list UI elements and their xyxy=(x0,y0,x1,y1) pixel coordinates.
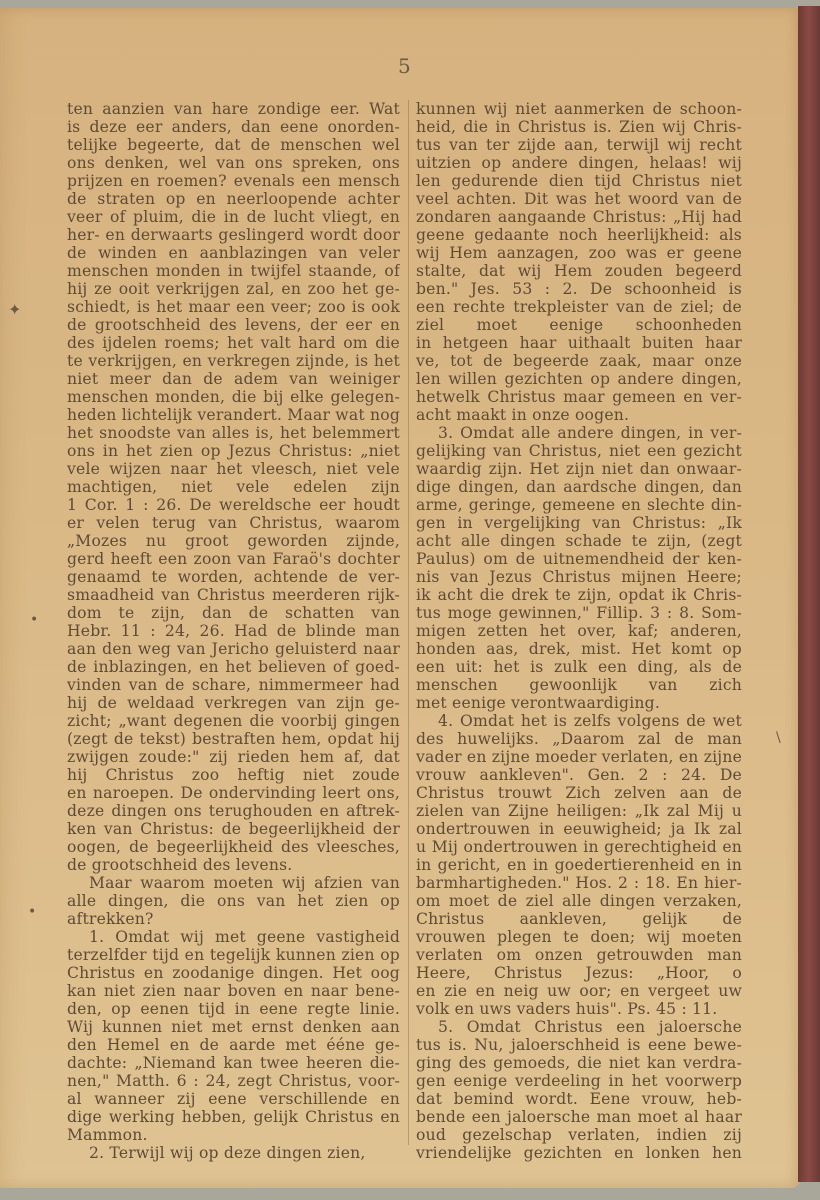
text-line: machtigen, niet vele edelen zijn geroepe… xyxy=(67,478,400,496)
text-line: dige dingen, dan aardsche dingen, dan xyxy=(416,478,742,496)
text-line: hij de weldaad verkregen van zijn ge- xyxy=(67,694,400,712)
text-line: zwijgen zoude:" zij rieden hem af, dat xyxy=(67,748,400,766)
text-line: de grootschheid des levens, der eer en xyxy=(67,316,400,334)
text-line: dige werking hebben, gelijk Christus en xyxy=(67,1108,400,1126)
text-line: veer of pluim, die in de lucht vliegt, e… xyxy=(67,208,400,226)
text-line: migen zetten het over, kaf; anderen, xyxy=(416,622,742,640)
text-line: Wij kunnen niet met ernst denken aan xyxy=(67,1018,400,1036)
text-line: de inblazingen, en het believen of goed- xyxy=(67,658,400,676)
text-line: met eenige verontwaardiging. xyxy=(416,694,742,712)
text-line: en naroepen. De ondervinding leert ons, … xyxy=(67,784,400,802)
text-line: ons in het zien op Jezus Christus: „niet xyxy=(67,442,400,460)
text-line: vader en zijne moeder verlaten, en zijne xyxy=(416,748,742,766)
left-text-column: ten aanzien van hare zondige eer. Watis … xyxy=(67,100,400,1162)
margin-dot-icon: • xyxy=(28,904,36,920)
text-line: zondaren aangaande Christus: „Hij had xyxy=(416,208,742,226)
text-line: al wanneer zij eene verschillende en str… xyxy=(67,1090,400,1108)
text-line: telijke begeerte, dat de menschen wel va… xyxy=(67,136,400,154)
text-line: heid, die in Christus is. Zien wij Chris… xyxy=(416,118,742,136)
text-line: 1. Omdat wij met geene vastigheid xyxy=(67,928,400,946)
text-line: gen in vergelijking van Christus: „Ik xyxy=(416,514,742,532)
text-line: ging des gemoeds, die niet kan verdra- xyxy=(416,1054,742,1072)
text-line: arme, geringe, gemeene en slechte din- xyxy=(416,496,742,514)
text-line: zicht; „want degenen die voorbij gingen xyxy=(67,712,400,730)
text-line: Maar waarom moeten wij afzien van xyxy=(67,874,400,892)
text-line: Heere, Christus Jezus: „Hoor, o dochter! xyxy=(416,964,742,982)
text-line: ve, tot de begeerde zaak, maar onze zie- xyxy=(416,352,742,370)
text-line: bende een jaloersche man moet al haar xyxy=(416,1108,742,1126)
text-line: Christus en zoodanige dingen. Het oog xyxy=(67,964,400,982)
text-line: 5. Omdat Christus een jaloersche Chris- xyxy=(416,1018,742,1036)
text-line: zielen van Zijne heiligen: „Ik zal Mij u xyxy=(416,802,742,820)
text-line: waardig zijn. Het zijn niet dan onwaar- xyxy=(416,460,742,478)
text-line: len willen gezichten op andere dingen, xyxy=(416,370,742,388)
text-line: de straten op en neerloopende achter een xyxy=(67,190,400,208)
text-line: en zie en neig uw oor; en vergeet uw xyxy=(416,982,742,1000)
text-line: vriendelijke gezichten en lonken hen xyxy=(416,1144,742,1162)
text-line: barmhartigheden." Hos. 2 : 18. En hier- xyxy=(416,874,742,892)
text-line: hij ze ooit verkrijgen zal, en zoo het g… xyxy=(67,280,400,298)
text-line: smaadheid van Christus meerderen rijk- xyxy=(67,586,400,604)
text-line: het snoodste van alles is, het belemmert xyxy=(67,424,400,442)
text-line: Paulus) om de uitnemendheid der ken- xyxy=(416,550,742,568)
text-line: nis van Jezus Christus mijnen Heere; xyxy=(416,568,742,586)
text-line: den Hemel en de aarde met ééne ge- xyxy=(67,1036,400,1054)
text-line: in gericht, en in goedertierenheid en in xyxy=(416,856,742,874)
text-line: genaamd te worden, achtende de ver- xyxy=(67,568,400,586)
text-line: terzelfder tijd en tegelijk kunnen zien … xyxy=(67,946,400,964)
book-page: 5 ten aanzien van hare zondige eer. Wati… xyxy=(0,8,800,1188)
column-divider xyxy=(408,100,409,1145)
text-line: is deze eer anders, dan eene onorden- xyxy=(67,118,400,136)
text-line: vrouw aankleven". Gen. 2 : 24. De Heere xyxy=(416,766,742,784)
text-line: tus moge gewinnen," Fillip. 3 : 8. Som- xyxy=(416,604,742,622)
text-line: nen," Matth. 6 : 24, zegt Christus, voor… xyxy=(67,1072,400,1090)
text-line: Christus aankleven, gelijk de getrouwde xyxy=(416,910,742,928)
book-spine-edge xyxy=(798,6,820,1182)
text-line: dom te zijn, dan de schatten van Egypte;… xyxy=(67,604,400,622)
text-line: des ijdelen roems; het valt hard om die xyxy=(67,334,400,352)
text-line: tus van ter zijde aan, terwijl wij recht xyxy=(416,136,742,154)
text-line: des huwelijks. „Daarom zal de man zijnen xyxy=(416,730,742,748)
text-line: te verkrijgen, en verkregen zijnde, is h… xyxy=(67,352,400,370)
text-line: ziel moet eenige schoonheden aanmerken xyxy=(416,316,742,334)
text-line: Mammon. xyxy=(67,1126,400,1144)
text-line: volk en uws vaders huis". Ps. 45 : 11. xyxy=(416,1000,742,1018)
text-line: ben." Jes. 53 : 2. De schoonheid is xyxy=(416,280,742,298)
text-line: om moet de ziel alle dingen verzaken, en xyxy=(416,892,742,910)
text-line: Hebr. 11 : 24, 26. Had de blinde man xyxy=(67,622,400,640)
text-line: tus is. Nu, jaloerschheid is eene bewe- xyxy=(416,1036,742,1054)
text-line: honden aas, drek, mist. Het komt op xyxy=(416,640,742,658)
text-line: vele wijzen naar het vleesch, niet vele xyxy=(67,460,400,478)
text-line: gerd heeft een zoon van Faraö's dochter xyxy=(67,550,400,568)
text-line: 1 Cor. 1 : 26. De wereldsche eer houdt xyxy=(67,496,400,514)
text-line: menschen monden in twijfel staande, of xyxy=(67,262,400,280)
text-line: veel achten. Dit was het woord van de xyxy=(416,190,742,208)
text-line: prijzen en roemen? evenals een mensch xyxy=(67,172,400,190)
text-line: ik acht die drek te zijn, opdat ik Chris… xyxy=(416,586,742,604)
text-line: acht alle dingen schade te zijn, (zegt xyxy=(416,532,742,550)
margin-mark-icon: ✦ xyxy=(8,300,21,319)
text-line: een rechte trekpleister van de ziel; de xyxy=(416,298,742,316)
text-line: ken van Christus: de begeerlijkheid der xyxy=(67,820,400,838)
text-line: len gedurende dien tijd Christus niet xyxy=(416,172,742,190)
text-line: heden lichtelijk verandert. Maar wat nog xyxy=(67,406,400,424)
text-line: niet meer dan de adem van weiniger xyxy=(67,370,400,388)
text-line: (zegt de tekst) bestraften hem, opdat hi… xyxy=(67,730,400,748)
text-line: uitzien op andere dingen, helaas! wij zu… xyxy=(416,154,742,172)
text-line: 3. Omdat alle andere dingen, in ver- xyxy=(416,424,742,442)
text-line: 2. Terwijl wij op deze dingen zien, xyxy=(67,1144,400,1162)
text-line: in hetgeen haar uithaalt buiten haar zel… xyxy=(416,334,742,352)
text-line: dachte: „Niemand kan twee heeren die- xyxy=(67,1054,400,1072)
text-line: gelijking van Christus, niet een gezicht xyxy=(416,442,742,460)
text-line: acht maakt in onze oogen. xyxy=(416,406,742,424)
text-line: dat bemind wordt. Eene vrouw, heb- xyxy=(416,1090,742,1108)
text-line: u Mij ondertrouwen in gerechtigheid en xyxy=(416,838,742,856)
text-line: 4. Omdat het is zelfs volgens de wet xyxy=(416,712,742,730)
text-line: gen eenige verdeeling in het voorwerp xyxy=(416,1072,742,1090)
text-line: hij Christus zoo heftig niet zoude naloo… xyxy=(67,766,400,784)
text-line: de grootschheid des levens. xyxy=(67,856,400,874)
text-line: kunnen wij niet aanmerken de schoon- xyxy=(416,100,742,118)
text-line: een uit: het is zulk een ding, als de xyxy=(416,658,742,676)
text-line: stalte, dat wij Hem zouden begeerd heb- xyxy=(416,262,742,280)
margin-dot-icon: • xyxy=(30,612,38,628)
text-line: aftrekken? xyxy=(67,910,400,928)
text-line: ons denken, wel van ons spreken, ons xyxy=(67,154,400,172)
text-line: er velen terug van Christus, waarom xyxy=(67,514,400,532)
text-line: verlaten om onzen getrouwden man den xyxy=(416,946,742,964)
text-line: ten aanzien van hare zondige eer. Wat xyxy=(67,100,400,118)
text-line: „Mozes nu groot geworden zijnde, gewei- xyxy=(67,532,400,550)
text-line: hetwelk Christus maar gemeen en ver- xyxy=(416,388,742,406)
text-line: schiedt, is het maar een veer; zoo is oo… xyxy=(67,298,400,316)
text-line: geene gedaante noch heerlijkheid: als xyxy=(416,226,742,244)
text-line: alle dingen, die ons van het zien op Jez… xyxy=(67,892,400,910)
text-line: den, op eenen tijd in eene regte linie. xyxy=(67,1000,400,1018)
text-line: kan niet zien naar boven en naar bene- xyxy=(67,982,400,1000)
text-line: vrouwen plegen te doen; wij moeten alles xyxy=(416,928,742,946)
text-line: her- en derwaarts geslingerd wordt door xyxy=(67,226,400,244)
text-line: ondertrouwen in eeuwigheid; ja Ik zal xyxy=(416,820,742,838)
text-line: menschen monden, die bij elke gelegen- xyxy=(67,388,400,406)
text-line: de winden en aanblazingen van veler xyxy=(67,244,400,262)
text-line: deze dingen ons terughouden en aftrek- xyxy=(67,802,400,820)
margin-tick-icon: \ xyxy=(776,730,781,746)
text-line: oud gezelschap verlaten, indien zij eeni… xyxy=(416,1126,742,1144)
text-line: Christus trouwt Zich zelven aan de xyxy=(416,784,742,802)
text-line: wij Hem aanzagen, zoo was er geene ge- xyxy=(416,244,742,262)
page-number: 5 xyxy=(398,54,411,78)
right-text-column: kunnen wij niet aanmerken de schoon-heid… xyxy=(416,100,742,1162)
text-line: vinden van de schare, nimmermeer had xyxy=(67,676,400,694)
text-line: oogen, de begeerlijkheid des vleesches, … xyxy=(67,838,400,856)
text-line: menschen gewoonlijk van zich wegwerpen xyxy=(416,676,742,694)
text-line: aan den weg van Jericho geluisterd naar xyxy=(67,640,400,658)
